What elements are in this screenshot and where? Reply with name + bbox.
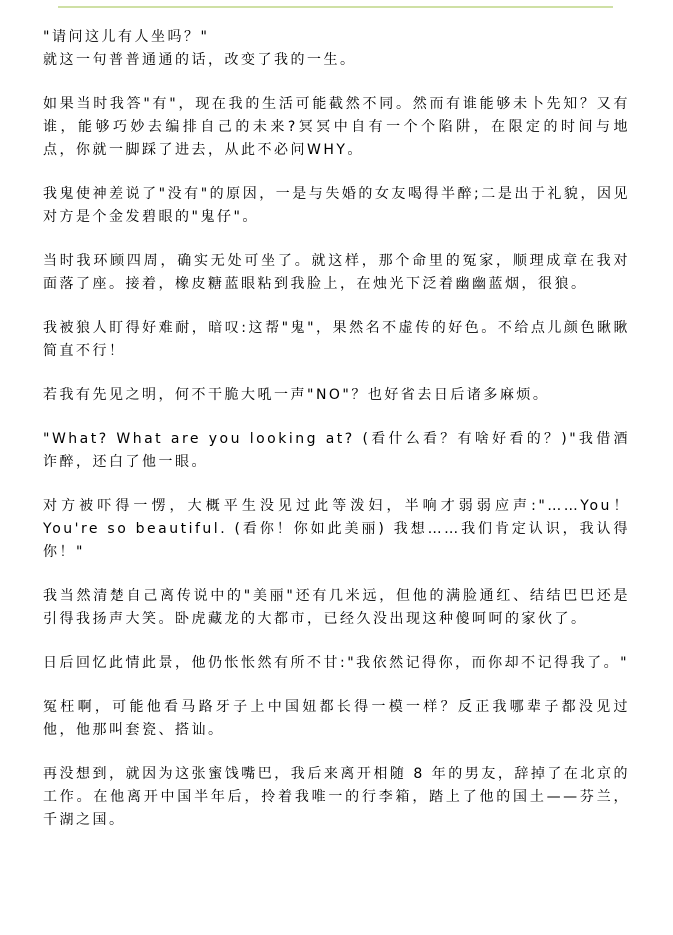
- paragraph: 我被狼人盯得好难耐，暗叹:这帮"鬼"，果然名不虚传的好色。不给点儿颜色瞅瞅简直不…: [43, 317, 630, 363]
- paragraph: 我当然清楚自己离传说中的"美丽"还有几米远，但他的满脸通红、结结巴巴还是引得我扬…: [43, 585, 630, 631]
- paragraph: 若我有先见之明，何不干脆大吼一声"NO"？也好省去日后诸多麻烦。: [43, 384, 630, 407]
- document-page: "请问这儿有人坐吗？" 就这一句普普通通的话，改变了我的一生。 如果当时我答"有…: [43, 26, 630, 832]
- top-divider: [58, 6, 613, 8]
- paragraph: "What? What are you looking at? (看什么看？有啥…: [43, 428, 630, 474]
- paragraph: 我鬼使神差说了"没有"的原因，一是与失婚的女友喝得半醉;二是出于礼貌，因见对方是…: [43, 183, 630, 229]
- paragraph: 对方被吓得一愣，大概平生没见过此等泼妇，半响才弱弱应声:"……You！You'r…: [43, 495, 630, 564]
- paragraph-opening-quote: "请问这儿有人坐吗？": [43, 26, 630, 49]
- paragraph: 如果当时我答"有"，现在我的生活可能截然不同。然而有谁能够未卜先知？又有谁，能够…: [43, 93, 630, 162]
- paragraph-opening-line: 就这一句普普通通的话，改变了我的一生。: [43, 49, 630, 72]
- paragraph: 日后回忆此情此景，他仍怅怅然有所不甘:"我依然记得你，而你却不记得我了。": [43, 652, 630, 675]
- paragraph: 再没想到，就因为这张蜜饯嘴巴，我后来离开相随 8 年的男友，辞掉了在北京的工作。…: [43, 763, 630, 832]
- paragraph: 当时我环顾四周，确实无处可坐了。就这样，那个命里的冤家，顺理成章在我对面落了座。…: [43, 250, 630, 296]
- paragraph: 冤枉啊，可能他看马路牙子上中国妞都长得一模一样？反正我哪辈子都没见过他，他那叫套…: [43, 696, 630, 742]
